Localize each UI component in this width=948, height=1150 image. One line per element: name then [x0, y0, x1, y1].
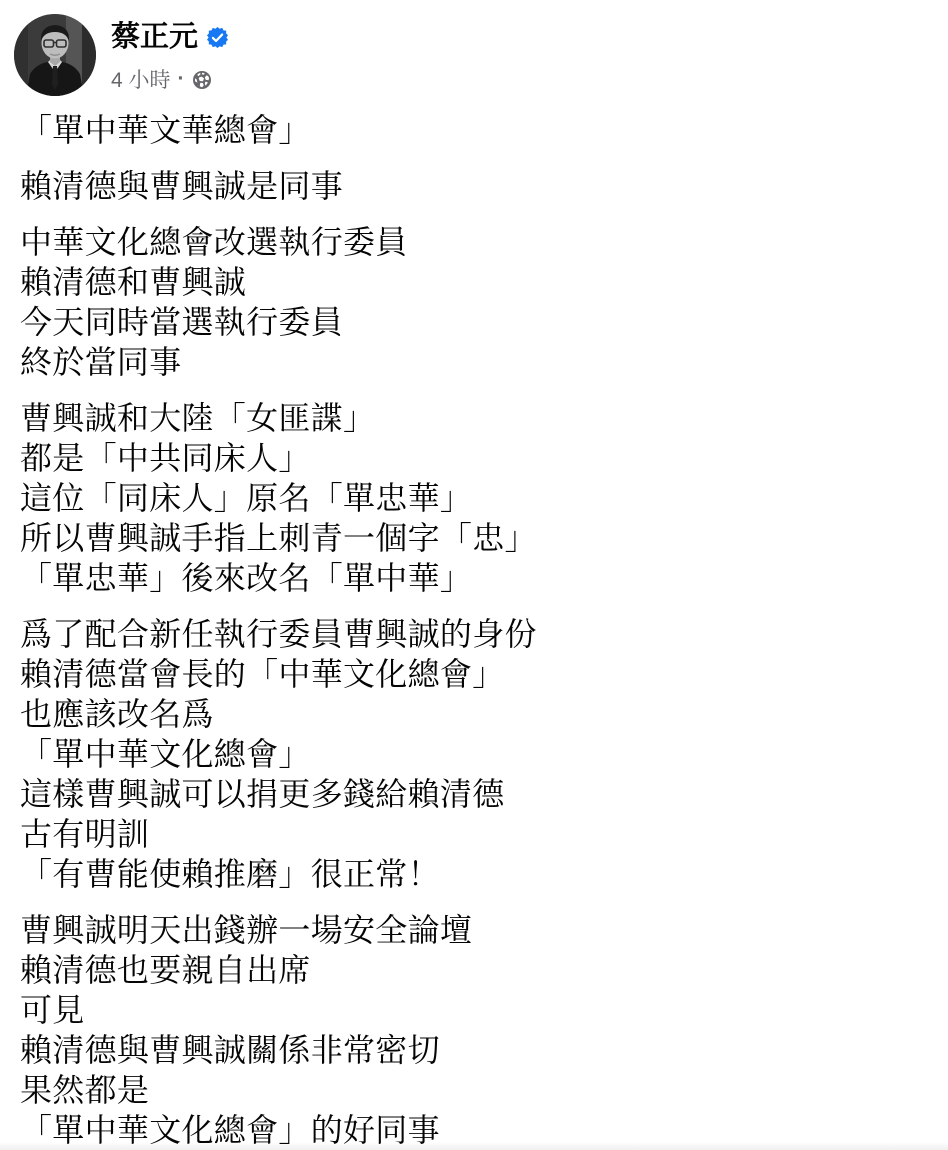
post-line: 爲了配合新任執行委員曹興誠的身份: [20, 614, 928, 654]
post-paragraph: 曹興誠和大陸「女匪諜」都是「中共同床人」這位「同床人」原名「單忠華」所以曹興誠手…: [20, 398, 928, 598]
post-paragraph: 曹興誠明天出錢辦一場安全論壇賴清德也要親自出席可見賴清德與曹興誠關係非常密切果然…: [20, 910, 928, 1150]
post-line: 賴清德和曹興誠: [20, 262, 928, 302]
post-paragraph: 爲了配合新任執行委員曹興誠的身份賴清德當會長的「中華文化總會」也應該改名爲「單中…: [20, 614, 928, 894]
post-line: 賴清德與曹興誠關係非常密切: [20, 1030, 928, 1070]
post-line: 中華文化總會改選執行委員: [20, 222, 928, 262]
facebook-post: 蔡正元 4 小時 ·: [0, 0, 948, 1150]
meta-separator: ·: [178, 68, 185, 89]
post-meta: 4 小時 ·: [111, 64, 228, 94]
post-header-text: 蔡正元 4 小時 ·: [111, 14, 228, 94]
post-line: 「有曹能使賴推磨」很正常！: [20, 854, 928, 894]
globe-public-icon: [192, 70, 212, 90]
author-name[interactable]: 蔡正元: [111, 20, 198, 55]
post-line: 「單中華文化總會」: [20, 734, 928, 774]
post-line: 「單中華文化總會」的好同事: [20, 1110, 928, 1150]
post-line: 古有明訓: [20, 814, 928, 854]
post-line: 賴清德與曹興誠是同事: [20, 166, 928, 206]
post-body: 「單中華文華總會」賴清德與曹興誠是同事中華文化總會改選執行委員賴清德和曹興誠今天…: [0, 110, 948, 1150]
post-line: 果然都是: [20, 1070, 928, 1110]
post-line: 曹興誠和大陸「女匪諜」: [20, 398, 928, 438]
post-header: 蔡正元 4 小時 ·: [0, 0, 948, 96]
post-line: 賴清德也要親自出席: [20, 950, 928, 990]
post-line: 這位「同床人」原名「單忠華」: [20, 478, 928, 518]
post-line: 終於當同事: [20, 342, 928, 382]
post-line: 曹興誠明天出錢辦一場安全論壇: [20, 910, 928, 950]
verified-badge-icon: [207, 27, 228, 48]
post-paragraph: 賴清德與曹興誠是同事: [20, 166, 928, 206]
post-line: 「單中華文華總會」: [20, 110, 928, 150]
post-line: 這樣曹興誠可以捐更多錢給賴清德: [20, 774, 928, 814]
post-line: 也應該改名爲: [20, 694, 928, 734]
post-line: 都是「中共同床人」: [20, 438, 928, 478]
post-paragraph: 「單中華文華總會」: [20, 110, 928, 150]
post-line: 「單忠華」後來改名「單中華」: [20, 558, 928, 598]
post-line: 今天同時當選執行委員: [20, 302, 928, 342]
post-line: 賴清德當會長的「中華文化總會」: [20, 654, 928, 694]
avatar[interactable]: [14, 14, 96, 96]
avatar-image: [14, 14, 96, 96]
post-line: 所以曹興誠手指上刺青一個字「忠」: [20, 518, 928, 558]
post-paragraph: 中華文化總會改選執行委員賴清德和曹興誠今天同時當選執行委員終於當同事: [20, 222, 928, 382]
post-line: 可見: [20, 990, 928, 1030]
timestamp[interactable]: 4 小時: [111, 64, 171, 94]
